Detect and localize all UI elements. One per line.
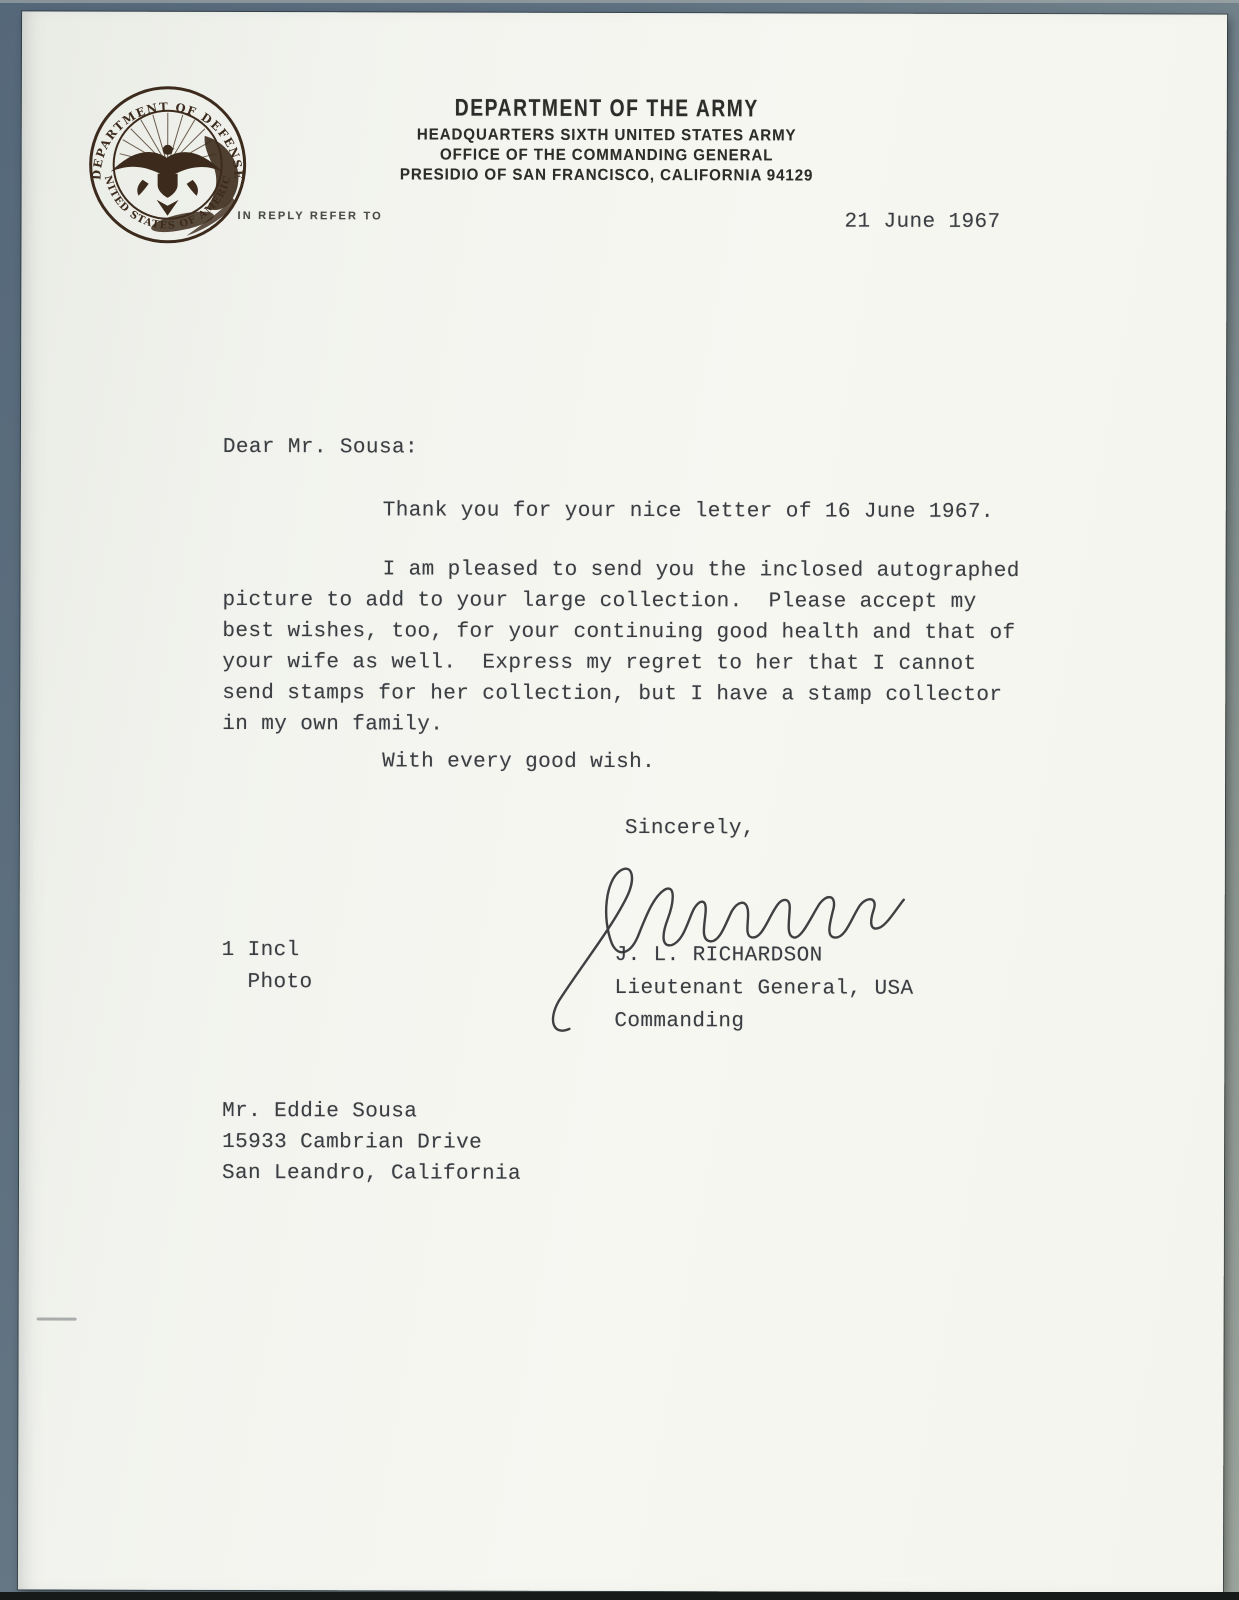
in-reply-label: IN REPLY REFER TO	[238, 210, 383, 222]
valediction: Sincerely,	[625, 817, 755, 840]
paragraph-1: Thank you for your nice letter of 16 Jun…	[223, 495, 1043, 528]
enclosure-line2: Photo	[247, 967, 312, 999]
enclosure-line1: 1 Incl	[222, 935, 313, 967]
scan-bottom-edge	[0, 1592, 1239, 1600]
salutation: Dear Mr. Sousa:	[223, 436, 418, 460]
letterhead-line3: OFFICE OF THE COMMANDING GENERAL	[226, 145, 987, 167]
scan-top-edge	[0, 0, 1239, 3]
letterhead-title: DEPARTMENT OF THE ARMY	[283, 94, 931, 124]
recipient-street: 15933 Cambrian Drive	[222, 1127, 521, 1159]
paragraph-2: I am pleased to send you the inclosed au…	[222, 554, 1042, 742]
recipient-city: San Leandro, California	[222, 1158, 521, 1190]
letter-paper: DEPARTMENT OF DEFENSE UNITED STATES OF A…	[18, 11, 1227, 1592]
recipient-address: Mr. Eddie Sousa 15933 Cambrian Drive San…	[222, 1096, 521, 1190]
letterhead-line4: PRESIDIO OF SAN FRANCISCO, CALIFORNIA 94…	[226, 165, 987, 187]
letterhead: DEPARTMENT OF THE ARMY HEADQUARTERS SIXT…	[202, 94, 1012, 187]
letterhead-line2: HEADQUARTERS SIXTH UNITED STATES ARMY	[226, 125, 987, 147]
closing-wish: With every good wish.	[222, 746, 1042, 779]
enclosure-note: 1 Incl Photo	[221, 935, 312, 999]
scanned-letter-background: DEPARTMENT OF DEFENSE UNITED STATES OF A…	[0, 0, 1239, 1600]
handwritten-signature	[539, 851, 924, 1046]
pencil-mark	[37, 1317, 77, 1320]
recipient-name: Mr. Eddie Sousa	[222, 1096, 521, 1128]
letter-date: 21 June 1967	[844, 211, 1000, 234]
